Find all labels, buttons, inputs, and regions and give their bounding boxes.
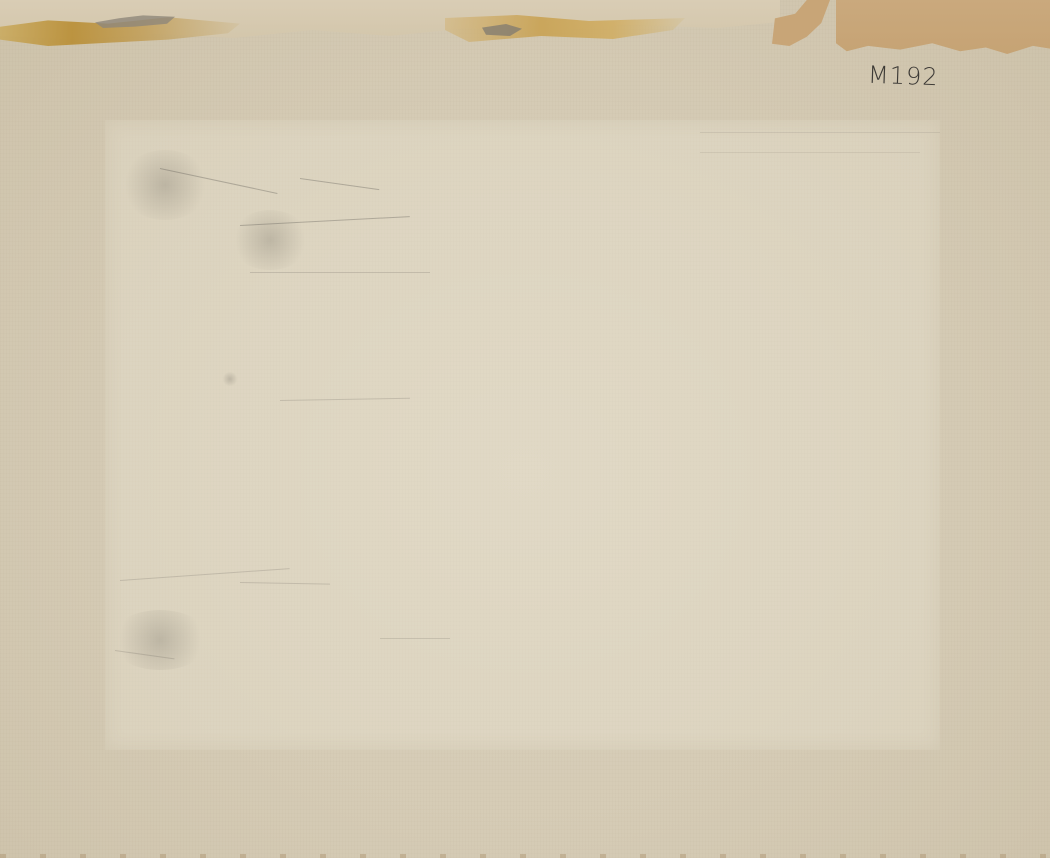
plate-edge-mark — [700, 152, 920, 153]
offset-smudge — [120, 150, 210, 220]
offset-dot — [222, 372, 238, 386]
torn-hinge-strip — [0, 0, 1050, 52]
handwritten-inscription: M192 — [868, 61, 939, 91]
plate-edge-mark — [700, 132, 940, 133]
offset-smudge — [230, 210, 310, 270]
offset-stroke — [250, 272, 430, 273]
offset-stroke — [380, 638, 450, 639]
offset-smudge — [110, 610, 210, 670]
plate-impression-area — [105, 120, 940, 750]
hinge-tape-fragment — [772, 0, 830, 46]
hinge-tape-right — [836, 0, 1050, 54]
bottom-edge-wear — [0, 854, 1050, 858]
paper-sheet: M192 — [0, 0, 1050, 858]
